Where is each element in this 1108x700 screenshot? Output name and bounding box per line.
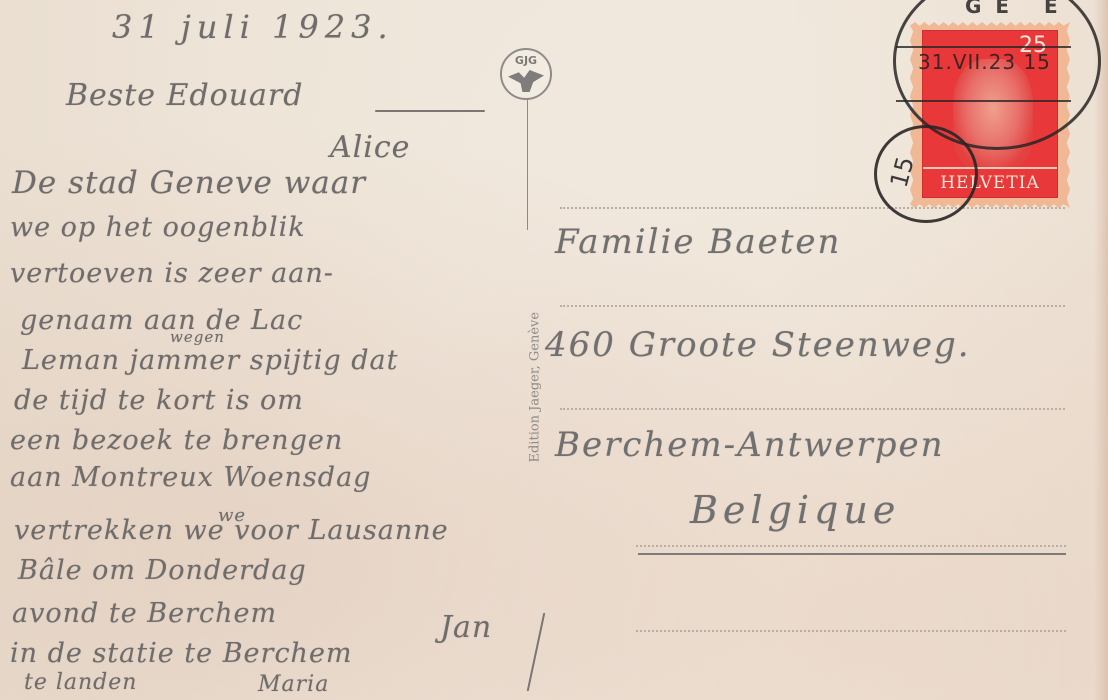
center-divider-line — [527, 100, 528, 230]
interlinear-insert-1: wegen — [170, 328, 225, 346]
postmark-bar-top — [896, 46, 1071, 48]
address-guide-line-2 — [560, 305, 1065, 307]
address-guide-line-4 — [636, 545, 1066, 547]
address-guide-line-1 — [560, 207, 1065, 209]
message-line-3: vertoeven is zeer aan- — [10, 258, 334, 289]
country-underline — [638, 553, 1066, 555]
message-salutation: Beste Edouard — [66, 78, 303, 113]
message-date: 31 juli 1923. — [112, 8, 394, 46]
postmark-date: 31.VII.23 15 — [918, 50, 1051, 74]
message-line-13: te landen — [24, 670, 137, 695]
address-guide-line-5 — [636, 630, 1066, 632]
vertical-stroke — [527, 613, 546, 692]
message-line-11: avond te Berchem — [12, 598, 277, 629]
publisher-logo: GJG — [500, 48, 552, 100]
postmark-city: GE E — [965, 0, 1072, 18]
postmark-bar-bottom — [896, 100, 1071, 102]
side-note: Jan — [440, 610, 492, 645]
address-line-2: 460 Groote Steenweg. — [545, 325, 971, 365]
eagle-icon — [508, 70, 544, 92]
message-line-7: een bezoek te brengen — [10, 425, 343, 456]
message-line-10: Bâle om Donderdag — [18, 555, 307, 586]
logo-initials: GJG — [502, 54, 550, 67]
flourish-line — [375, 110, 485, 112]
address-guide-line-3 — [560, 408, 1065, 410]
publisher-imprint: Edition Jaeger, Genève — [528, 313, 543, 463]
signature: Maria — [258, 672, 329, 697]
message-salutation-2: Alice — [330, 130, 410, 165]
message-line-2: we op het oogenblik — [10, 212, 306, 243]
address-line-3: Berchem-Antwerpen — [555, 425, 945, 465]
message-line-8: aan Montreux Woensdag — [10, 462, 371, 493]
message-line-5: Leman jammer spijtig dat — [22, 345, 398, 376]
card-edge-shadow — [1094, 0, 1108, 700]
message-line-1: De stad Geneve waar — [12, 165, 366, 201]
address-country: Belgique — [690, 488, 900, 532]
message-line-4: genaam aan de Lac — [20, 305, 303, 336]
message-line-12: in de statie te Berchem — [10, 638, 353, 669]
message-line-6: de tijd te kort is om — [14, 385, 304, 416]
message-line-9: vertrekken we voor Lausanne — [14, 515, 449, 546]
address-line-1: Familie Baeten — [555, 222, 841, 262]
postcard-back: 31 juli 1923. Beste Edouard Alice De sta… — [0, 0, 1108, 700]
